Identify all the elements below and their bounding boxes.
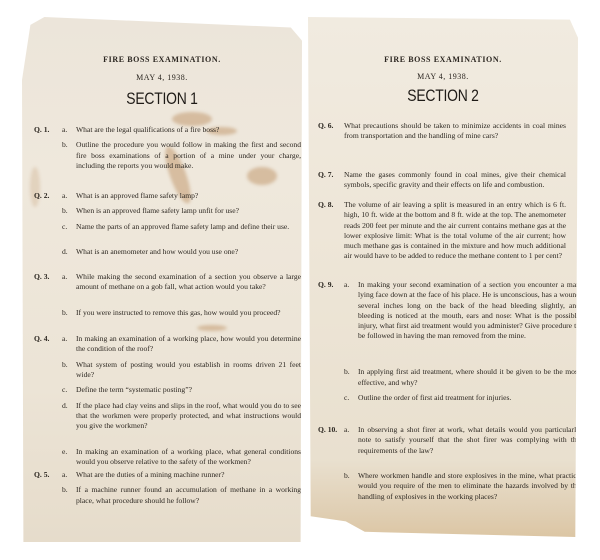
question-text: In applying first aid treatment, where s…: [358, 367, 580, 388]
question-text: In making an examination of a working pl…: [76, 334, 301, 355]
part-label: c.: [62, 222, 67, 232]
part-label: b.: [62, 308, 68, 318]
part-label: c.: [62, 385, 67, 395]
exam-date: MAY 4, 1938.: [22, 73, 302, 82]
question-number: Q. 4.: [34, 334, 49, 344]
stain: [197, 325, 227, 331]
question-text: What are the legal qualifications of a f…: [76, 125, 301, 135]
part-label: c.: [344, 393, 349, 403]
exam-title: FIRE BOSS EXAMINATION.: [22, 55, 302, 64]
part-label: b.: [62, 206, 68, 216]
part-label: a.: [344, 280, 349, 290]
exam-sheet-section-2: FIRE BOSS EXAMINATION. MAY 4, 1938. SECT…: [308, 17, 578, 537]
part-label: a.: [62, 125, 67, 135]
part-label: d.: [62, 247, 68, 257]
question-text: Outline the order of first aid treatment…: [358, 393, 580, 403]
question-text: What is an approved flame safety lamp?: [76, 191, 301, 201]
question-text: The volume of air leaving a split is mea…: [344, 200, 566, 262]
question-text: In observing a shot firer at work, what …: [358, 425, 580, 456]
question-number: Q. 5.: [34, 470, 49, 480]
part-label: a.: [62, 470, 67, 480]
question-text: In making your second examination of a s…: [358, 280, 580, 342]
question-text: Outline the procedure you would follow i…: [76, 140, 301, 171]
part-label: a.: [62, 272, 67, 282]
part-label: d.: [62, 401, 68, 411]
question-number: Q. 3.: [34, 272, 49, 282]
question-number: Q. 1.: [34, 125, 49, 135]
question-number: Q. 6.: [318, 121, 333, 131]
part-label: a.: [344, 425, 349, 435]
section-heading: SECTION 1: [47, 89, 277, 109]
question-text: What is an anemometer and how would you …: [76, 247, 301, 257]
question-number: Q. 8.: [318, 200, 333, 210]
question-text: In making an examination of a working pl…: [76, 447, 301, 468]
question-text: Where workmen handle and store explosive…: [358, 471, 580, 502]
question-text: What precautions should be taken to mini…: [344, 121, 566, 142]
question-text: What are the duties of a mining machine …: [76, 470, 301, 480]
question-number: Q. 9.: [318, 280, 333, 290]
exam-sheet-section-1: FIRE BOSS EXAMINATION. MAY 4, 1938. SECT…: [22, 17, 302, 542]
section-heading: SECTION 2: [332, 86, 553, 106]
part-label: a.: [62, 191, 67, 201]
exam-title: FIRE BOSS EXAMINATION.: [308, 55, 578, 64]
question-text: If you were instructed to remove this ga…: [76, 308, 301, 318]
question-text: What system of posting would you establi…: [76, 360, 301, 381]
part-label: b.: [62, 140, 68, 150]
question-text: If the place had clay veins and slips in…: [76, 401, 301, 432]
part-label: b.: [344, 471, 350, 481]
exam-date: MAY 4, 1938.: [308, 72, 578, 81]
question-text: Name the parts of an approved flame safe…: [76, 222, 301, 232]
question-number: Q. 10.: [318, 425, 337, 435]
question-number: Q. 7.: [318, 170, 333, 180]
part-label: b.: [344, 367, 350, 377]
question-text: Define the term “systematic posting”?: [76, 385, 301, 395]
question-text: When is an approved flame safety lamp un…: [76, 206, 301, 216]
question-number: Q. 2.: [34, 191, 49, 201]
part-label: b.: [62, 360, 68, 370]
stain: [172, 112, 212, 126]
question-text: Name the gases commonly found in coal mi…: [344, 170, 566, 191]
question-text: While making the second examination of a…: [76, 272, 301, 293]
part-label: e.: [62, 447, 67, 457]
question-text: If a machine runner found an accumulatio…: [76, 485, 301, 506]
part-label: a.: [62, 334, 67, 344]
part-label: b.: [62, 485, 68, 495]
